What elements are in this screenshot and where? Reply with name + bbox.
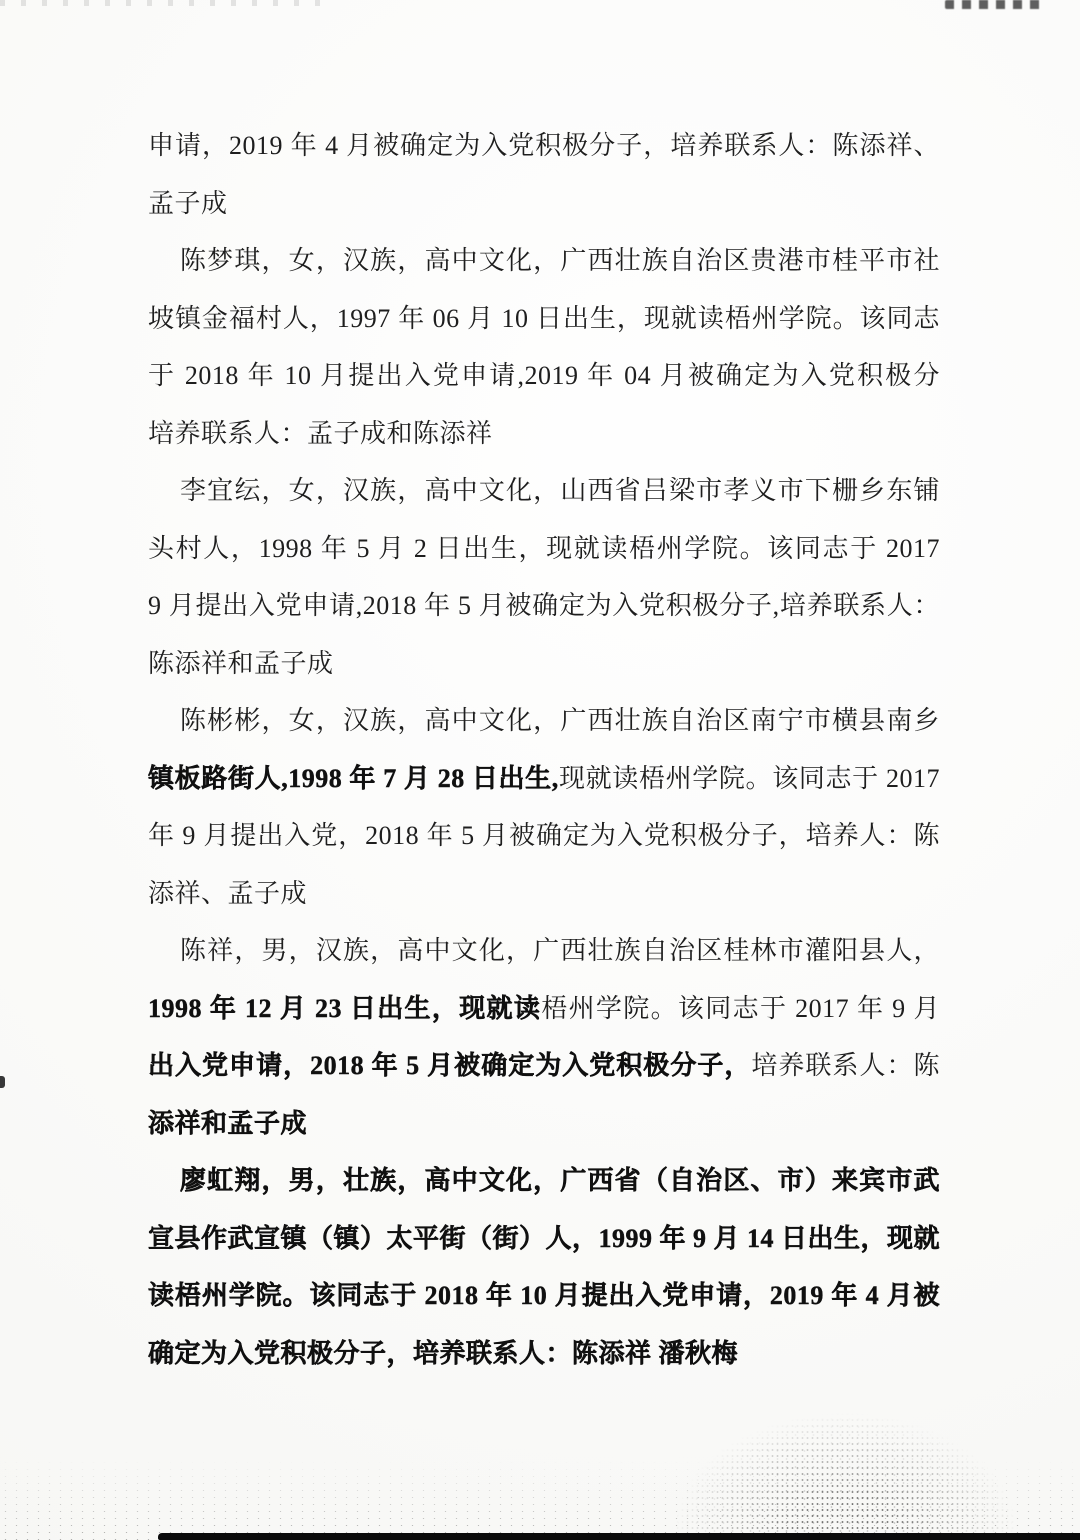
text-segment: 陈梦琪，女，汉族，高中文化，广西壮族自治区贵港市桂平市社 (180, 246, 940, 275)
text-segment: 9 月提出入党申请,2018 年 5 月被确定为入党积极分子,培养联系人： (148, 591, 940, 620)
text-line: 出入党申请，2018 年 5 月被确定为入党积极分子，培养联系人：陈 (148, 1037, 940, 1095)
scan-speck-left-edge (0, 1076, 5, 1088)
text-line: 添祥和孟子成 (148, 1095, 940, 1153)
text-segment: 年 9 月提出入党，2018 年 5 月被确定为入党积极分子，培养人：陈 (148, 821, 940, 850)
text-line: 头村人，1998 年 5 月 2 日出生，现就读梧州学院。该同志于 2017 年 (148, 520, 940, 578)
scan-band-bottom (158, 1533, 1080, 1540)
text-line: 陈添祥和孟子成 (148, 635, 940, 693)
text-line: 镇板路街人,1998 年 7 月 28 日出生,现就读梧州学院。该同志于 201… (148, 750, 940, 808)
paragraph: 李宜纭，女，汉族，高中文化，山西省吕梁市孝义市下栅乡东铺头村人，1998 年 5… (148, 462, 940, 692)
scanned-page: 申请，2019 年 4 月被确定为入党积极分子，培养联系人：陈添祥、孟子成陈梦琪… (0, 0, 1080, 1540)
text-line: 宣县作武宣镇（镇）太平街（街）人，1999 年 9 月 14 日出生，现就 (148, 1210, 940, 1268)
text-line: 年 9 月提出入党，2018 年 5 月被确定为入党积极分子，培养人：陈 (148, 807, 940, 865)
text-line: 读梧州学院。该同志于 2018 年 10 月提出入党申请，2019 年 4 月被 (148, 1267, 940, 1325)
paragraph: 廖虹翔，男，壮族，高中文化，广西省（自治区、市）来宾市武宣县作武宣镇（镇）太平街… (148, 1152, 940, 1382)
document-text: 申请，2019 年 4 月被确定为入党积极分子，培养联系人：陈添祥、孟子成陈梦琪… (148, 117, 940, 1382)
text-line: 廖虹翔，男，壮族，高中文化，广西省（自治区、市）来宾市武 (148, 1152, 940, 1210)
text-segment: 培养联系人：孟子成和陈添祥 (148, 419, 493, 448)
text-segment: 头村人，1998 年 5 月 2 日出生，现就读梧州学院。该同志于 2017 年 (148, 534, 940, 578)
scan-smudge-top-right-icon (945, 0, 1045, 9)
text-segment: 于 2018 年 10 月提出入党申请,2019 年 04 月被确定为入党积极分… (148, 361, 940, 405)
paragraph: 陈梦琪，女，汉族，高中文化，广西壮族自治区贵港市桂平市社坡镇金福村人，1997 … (148, 232, 940, 462)
text-segment: 培养联系人：陈 (751, 1051, 940, 1080)
text-segment: 陈添祥和孟子成 (148, 649, 334, 678)
scan-noise-plume (590, 1381, 1030, 1536)
text-segment: 陈祥，男，汉族，高中文化，广西壮族自治区桂林市灌阳县人， (180, 936, 940, 965)
text-segment: 镇板路街人,1998 年 7 月 28 日出生, (148, 764, 559, 793)
text-segment: 李宜纭，女，汉族，高中文化，山西省吕梁市孝义市下栅乡东铺 (180, 476, 940, 505)
text-segment: 读梧州学院。该同志于 2018 年 10 月提出入党申请，2019 年 4 月被 (148, 1281, 940, 1310)
paragraph: 申请，2019 年 4 月被确定为入党积极分子，培养联系人：陈添祥、孟子成 (148, 117, 940, 232)
text-line: 孟子成 (148, 175, 940, 233)
text-segment: 添祥、孟子成 (148, 879, 307, 908)
text-line: 于 2018 年 10 月提出入党申请,2019 年 04 月被确定为入党积极分… (148, 347, 940, 405)
text-line: 9 月提出入党申请,2018 年 5 月被确定为入党积极分子,培养联系人： (148, 577, 940, 635)
text-line: 陈彬彬，女，汉族，高中文化，广西壮族自治区南宁市横县南乡 (148, 692, 940, 750)
text-segment: 1998 年 12 月 23 日出生，现就读 (148, 994, 541, 1023)
text-line: 李宜纭，女，汉族，高中文化，山西省吕梁市孝义市下栅乡东铺 (148, 462, 940, 520)
text-line: 陈梦琪，女，汉族，高中文化，广西壮族自治区贵港市桂平市社 (148, 232, 940, 290)
text-segment: 出入党申请，2018 年 5 月被确定为入党积极分子， (148, 1051, 751, 1080)
text-line: 1998 年 12 月 23 日出生，现就读梧州学院。该同志于 2017 年 9… (148, 980, 940, 1038)
scan-noise-top-left (0, 0, 330, 6)
text-line: 培养联系人：孟子成和陈添祥 (148, 405, 940, 463)
paragraph: 陈祥，男，汉族，高中文化，广西壮族自治区桂林市灌阳县人，1998 年 12 月 … (148, 922, 940, 1152)
text-line: 申请，2019 年 4 月被确定为入党积极分子，培养联系人：陈添祥、 (148, 117, 940, 175)
text-line: 确定为入党积极分子，培养联系人：陈添祥 潘秋梅 (148, 1325, 940, 1383)
text-segment: 现就读梧州学院。该同志于 2017 (559, 764, 940, 793)
text-segment: 申请，2019 年 4 月被确定为入党积极分子，培养联系人：陈添祥、 (148, 131, 940, 160)
text-line: 坡镇金福村人，1997 年 06 月 10 日出生，现就读梧州学院。该同志 (148, 290, 940, 348)
text-segment: 廖虹翔，男，壮族，高中文化，广西省（自治区、市）来宾市武 (180, 1166, 940, 1195)
text-segment: 添祥和孟子成 (148, 1109, 307, 1138)
text-segment: 宣县作武宣镇（镇）太平街（街）人，1999 年 9 月 14 日出生，现就 (148, 1224, 940, 1253)
paragraph: 陈彬彬，女，汉族，高中文化，广西壮族自治区南宁市横县南乡镇板路街人,1998 年… (148, 692, 940, 922)
text-segment: 坡镇金福村人，1997 年 06 月 10 日出生，现就读梧州学院。该同志 (148, 304, 940, 333)
text-segment: 确定为入党积极分子，培养联系人：陈添祥 潘秋梅 (148, 1339, 738, 1368)
text-line: 陈祥，男，汉族，高中文化，广西壮族自治区桂林市灌阳县人， (148, 922, 940, 980)
text-segment: 陈彬彬，女，汉族，高中文化，广西壮族自治区南宁市横县南乡 (180, 706, 940, 735)
text-segment: 孟子成 (148, 189, 228, 218)
text-line: 添祥、孟子成 (148, 865, 940, 923)
